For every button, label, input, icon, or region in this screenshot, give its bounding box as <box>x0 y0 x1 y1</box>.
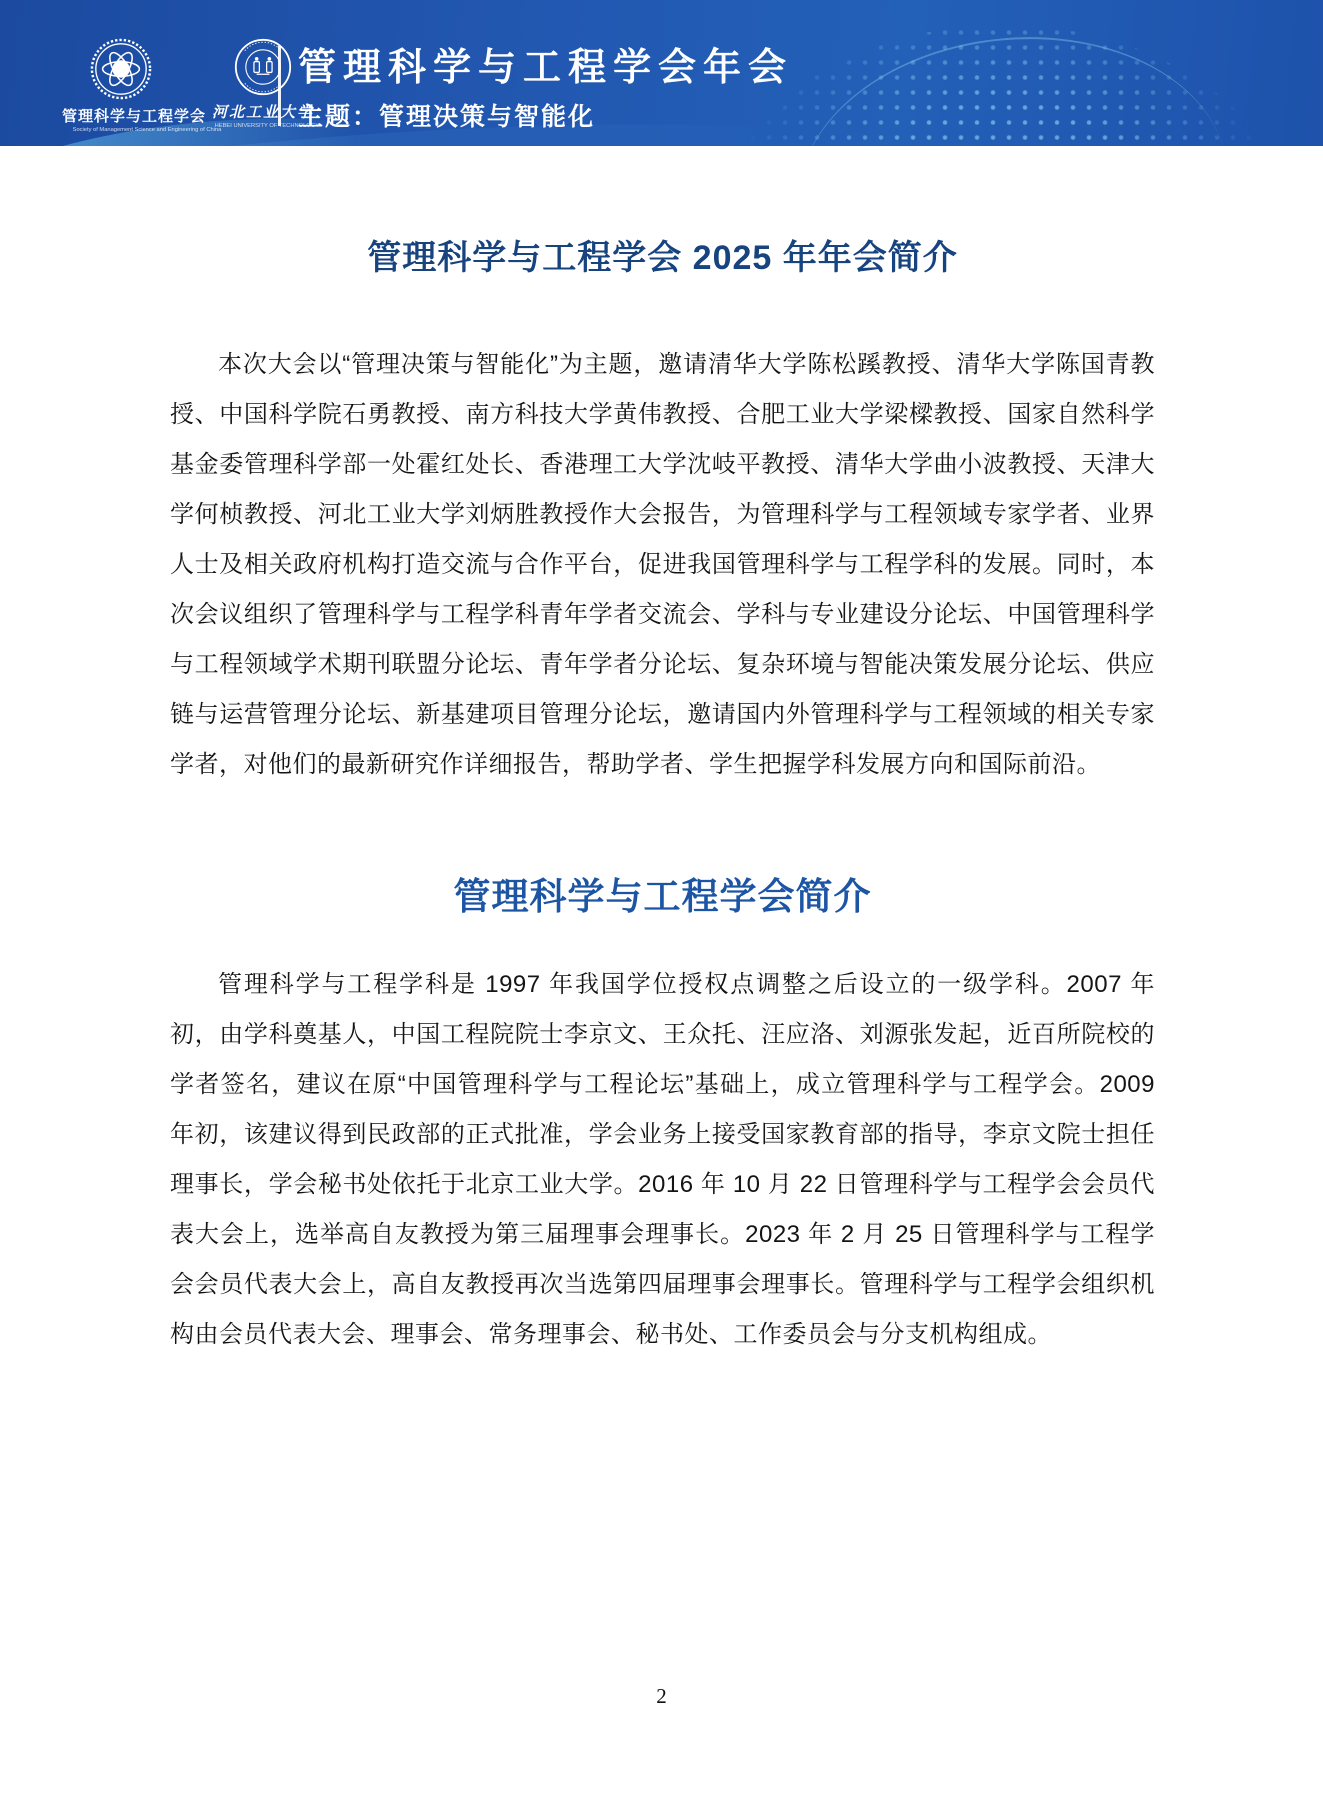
header-divider <box>278 46 281 126</box>
society-intro-paragraph: 管理科学与工程学科是 1997 年我国学位授权点调整之后设立的一级学科。2007… <box>170 960 1155 1360</box>
logo-group: 管理科学与工程学会 Society of Management Science … <box>62 38 322 134</box>
page-header: 管理科学与工程学会 Society of Management Science … <box>0 0 1323 146</box>
page-footer: 2 <box>0 1684 1323 1709</box>
banner-subtitle: 主题：管理决策与智能化 <box>298 97 793 133</box>
section-heading-annual-meeting: 管理科学与工程学会 2025 年年会简介 <box>170 238 1155 278</box>
annual-meeting-intro-paragraph: 本次大会以“管理决策与智能化”为主题，邀请清华大学陈松蹊教授、清华大学陈国青教授… <box>170 340 1155 790</box>
university-seal-icon <box>234 38 292 96</box>
smse-logo-label-en: Society of Management Science and Engine… <box>73 127 170 133</box>
section-heading-society-intro: 管理科学与工程学会简介 <box>170 875 1155 919</box>
banner-titles: 管理科学与工程学会年会 主题：管理决策与智能化 <box>298 46 793 133</box>
smse-logo-block: 管理科学与工程学会 Society of Management Science … <box>62 38 180 134</box>
document-page: 管理科学与工程学会 Society of Management Science … <box>0 0 1323 1795</box>
document-body: 管理科学与工程学会 2025 年年会简介 本次大会以“管理决策与智能化”为主题，… <box>0 146 1323 1360</box>
page-number: 2 <box>656 1684 667 1708</box>
smse-logo-label: 管理科学与工程学会 <box>62 105 180 126</box>
atom-seal-icon <box>90 38 152 100</box>
hebut-logo-label-en: HEBEI UNIVERSITY OF TECHNOLOGY <box>215 123 312 129</box>
banner-title: 管理科学与工程学会年会 <box>298 46 793 90</box>
